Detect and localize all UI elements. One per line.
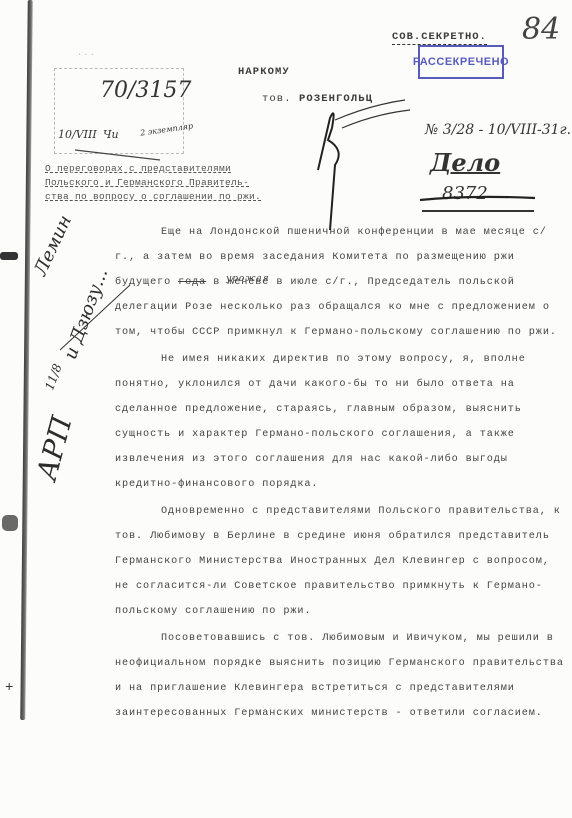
addressee-title: НАРКОМУ	[238, 66, 290, 78]
page-number: 84	[522, 12, 560, 47]
margin-mark: +	[5, 680, 13, 696]
margin-note: и Дзюзу...	[60, 266, 112, 362]
registration-sub: Чи	[103, 128, 119, 141]
classification-label: СОВ.СЕКРЕТНО.	[392, 31, 487, 45]
binding-clip	[0, 252, 18, 260]
paragraph: Не имея никаких директив по этому вопрос…	[115, 347, 565, 497]
binding-line	[20, 0, 33, 720]
margin-note: Лемин	[30, 212, 76, 279]
file-label: Дело	[430, 148, 500, 177]
body-text: Еще на Лондонской пшеничной конференции …	[115, 220, 565, 726]
registration-number: 70/3157	[100, 78, 191, 103]
paragraph: Еще на Лондонской пшеничной конференции …	[115, 220, 565, 345]
registration-date: 10/VIII	[58, 128, 97, 141]
subject-heading: О переговорах с представителями Польског…	[45, 162, 261, 204]
file-underline	[422, 210, 534, 212]
declassified-stamp: РАССЕКРЕЧЕНО	[418, 45, 504, 79]
margin-note: 11/8	[42, 362, 64, 392]
document-page: + 84 СОВ.СЕКРЕТНО. РАССЕКРЕЧЕНО НАРКОМУ …	[0, 0, 572, 818]
binding-clip	[2, 515, 18, 531]
handwritten-insert: урожая	[180, 267, 269, 292]
margin-note: АРП	[30, 413, 79, 484]
faint-mark: · · ·	[78, 50, 94, 61]
file-number: 8372	[442, 183, 488, 204]
reference-number: № 3/28 - 10/VIII-31г.	[425, 122, 571, 138]
typed-insert: возможность	[530, 417, 572, 442]
addressee-name: тов. РОЗЕНГОЛЬЦ	[262, 93, 373, 105]
paragraph: Одновременно с представителями Польского…	[115, 499, 565, 624]
paragraph: Посоветовавшись с тов. Любимовым и Ивичу…	[115, 626, 565, 726]
